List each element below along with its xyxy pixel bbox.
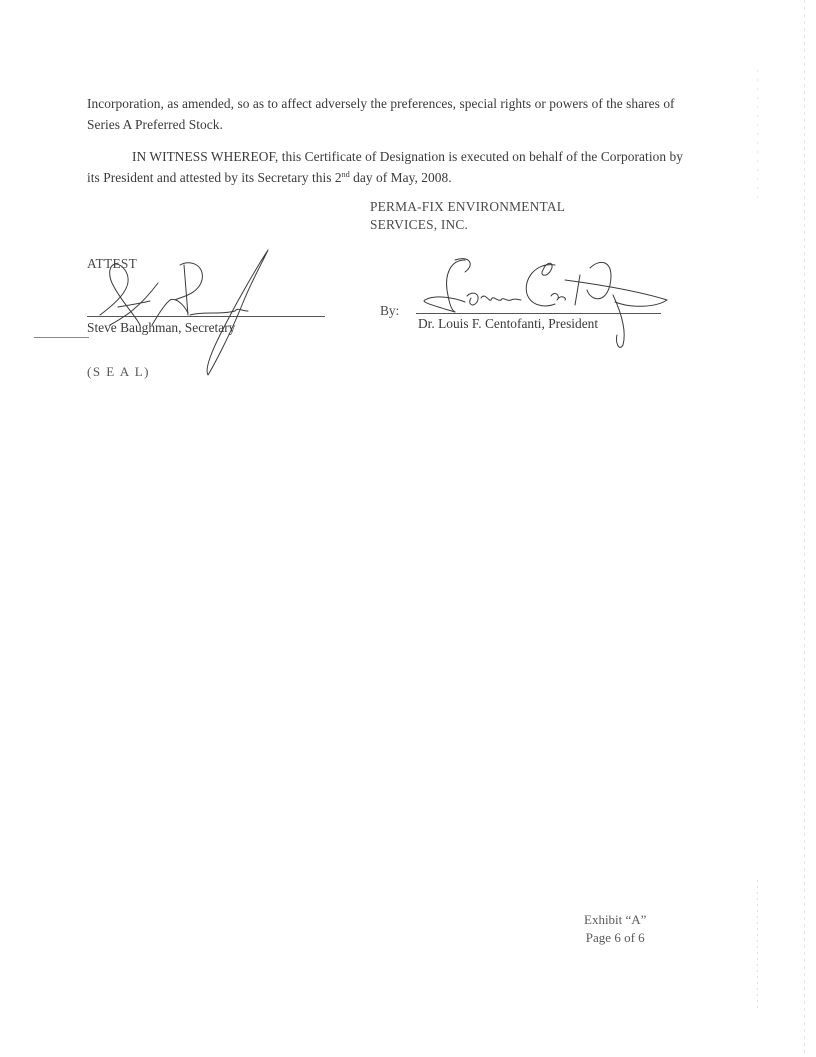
ordinal-suffix: nd bbox=[342, 170, 350, 179]
document-page: Incorporation, as amended, so as to affe… bbox=[0, 0, 816, 1057]
company-name-line-2: SERVICES, INC. bbox=[370, 216, 565, 234]
scan-edge-artifact bbox=[757, 70, 758, 200]
company-name-block: PERMA-FIX ENVIRONMENTAL SERVICES, INC. bbox=[370, 198, 565, 234]
president-name: Dr. Louis F. Centofanti, President bbox=[418, 316, 598, 332]
company-name-line-1: PERMA-FIX ENVIRONMENTAL bbox=[370, 198, 565, 216]
page-footer: Exhibit “A” Page 6 of 6 bbox=[584, 911, 646, 947]
seal-label: (S E A L) bbox=[87, 364, 150, 380]
president-signature-icon bbox=[415, 250, 675, 360]
scan-edge-artifact bbox=[757, 880, 758, 1010]
closing-paragraph: Incorporation, as amended, so as to affe… bbox=[87, 93, 687, 135]
scan-edge-artifact bbox=[804, 0, 805, 1057]
witness-paragraph: IN WITNESS WHEREOF, this Certificate of … bbox=[87, 146, 687, 188]
secretary-name: Steve Baughman, Secretary bbox=[87, 320, 235, 336]
by-label: By: bbox=[380, 303, 399, 319]
exhibit-label: Exhibit “A” bbox=[584, 911, 646, 929]
attest-label: ATTEST bbox=[87, 256, 137, 272]
witness-date: day of May, 2008. bbox=[350, 170, 452, 185]
page-number: Page 6 of 6 bbox=[584, 929, 646, 947]
scan-stray-line bbox=[34, 337, 89, 338]
president-signature-line bbox=[416, 313, 661, 314]
secretary-signature-line bbox=[87, 316, 325, 317]
